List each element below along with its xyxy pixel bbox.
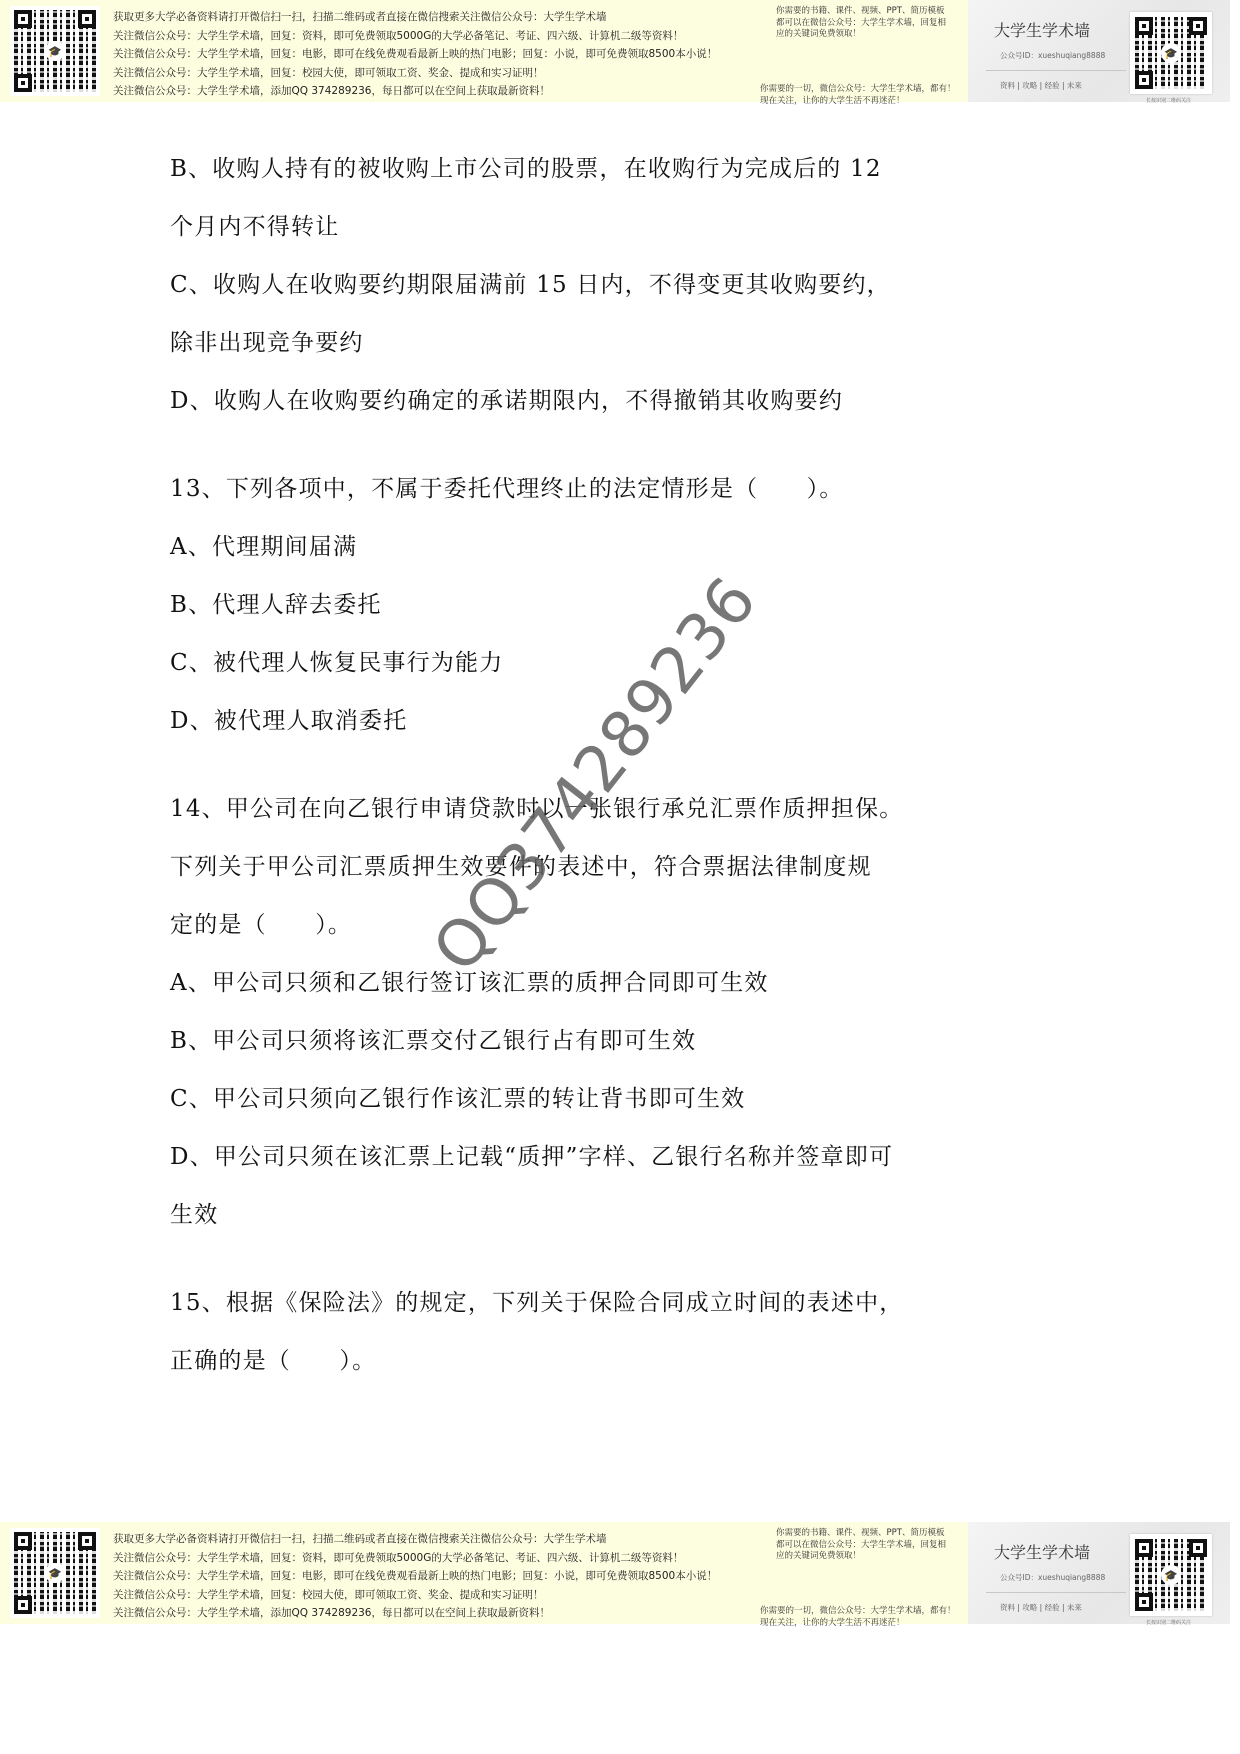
- account-qr-code: 🎓: [1130, 1534, 1212, 1616]
- side-note-line: 应的关键词免费领取！: [776, 29, 946, 41]
- option-c-continuation: 除非出现竞争要约: [170, 324, 364, 357]
- promo-line: 关注微信公众号：大学生学术墙，回复：校园大使，即可领取工资、奖金、提成和实习证明…: [113, 1586, 717, 1605]
- promo-line: 获取更多大学必备资料请打开微信扫一扫，扫描二维码或者直接在微信搜索关注微信公众号…: [113, 1530, 717, 1549]
- promo-banner-bottom: 🎓 获取更多大学必备资料请打开微信扫一扫，扫描二维码或者直接在微信搜索关注微信公…: [0, 1522, 1230, 1624]
- q14-option-d-continuation: 生效: [170, 1196, 218, 1229]
- qr-caption: 长按识别二维码关注: [1146, 97, 1191, 104]
- side-note-upper: 你需要的书籍、课件、视频、PPT、简历模板 都可以在微信公众号：大学生学术墙，回…: [776, 1528, 946, 1563]
- q14-option-d: D、甲公司只须在该汇票上记载“质押”字样、乙银行名称并签章即可: [170, 1138, 893, 1171]
- promo-line: 关注微信公众号：大学生学术墙，添加QQ 374289236，每日都可以在空间上获…: [113, 82, 717, 101]
- promo-line: 关注微信公众号：大学生学术墙，回复：电影，即可在线免费观看最新上映的热门电影；回…: [113, 1567, 717, 1586]
- option-b-continuation: 个月内不得转让: [170, 208, 339, 241]
- promo-line: 获取更多大学必备资料请打开微信扫一扫，扫描二维码或者直接在微信搜索关注微信公众号…: [113, 8, 717, 27]
- question-14-continuation: 下列关于甲公司汇票质押生效要件的表述中，符合票据法律制度规: [170, 848, 872, 881]
- question-15-continuation: 正确的是（ ）。: [170, 1342, 376, 1375]
- promo-text: 获取更多大学必备资料请打开微信扫一扫，扫描二维码或者直接在微信搜索关注微信公众号…: [113, 1530, 717, 1623]
- promo-line: 关注微信公众号：大学生学术墙，回复：校园大使，即可领取工资、奖金、提成和实习证明…: [113, 64, 717, 83]
- question-14: 14、甲公司在向乙银行申请贷款时以一张银行承兑汇票作质押担保。: [170, 790, 903, 823]
- qr-caption: 长按识别二维码关注: [1146, 1619, 1191, 1626]
- divider: [986, 70, 1126, 71]
- promo-line: 关注微信公众号：大学生学术墙，回复：资料，即可免费领取5000G的大学必备笔记、…: [113, 1549, 717, 1568]
- q13-option-a: A、代理期间届满: [170, 528, 357, 561]
- side-note-lower: 你需要的一切，微信公众号：大学生学术墙，都有！ 现在关注，让你的大学生活不再迷茫…: [760, 1606, 956, 1629]
- account-tags: 资料 | 攻略 | 经验 | 未来: [1000, 80, 1082, 91]
- divider: [986, 1592, 1126, 1593]
- option-c-line: C、收购人在收购要约期限届满前 15 日内，不得变更其收购要约，: [170, 266, 891, 299]
- q14-option-c: C、甲公司只须向乙银行作该汇票的转让背书即可生效: [170, 1080, 745, 1113]
- side-note-line: 你需要的书籍、课件、视频、PPT、简历模板: [776, 6, 946, 18]
- q14-option-a: A、甲公司只须和乙银行签订该汇票的质押合同即可生效: [170, 964, 769, 997]
- promo-line: 关注微信公众号：大学生学术墙，回复：资料，即可免费领取5000G的大学必备笔记、…: [113, 27, 717, 46]
- option-b-line: B、收购人持有的被收购上市公司的股票，在收购行为完成后的 12: [170, 150, 882, 183]
- qr-code: 🎓: [10, 6, 100, 96]
- promo-banner-top: 🎓 获取更多大学必备资料请打开微信扫一扫，扫描二维码或者直接在微信搜索关注微信公…: [0, 0, 1230, 102]
- account-card: 大学生学术墙 公众号ID：xueshuqiang8888 资料 | 攻略 | 经…: [968, 0, 1230, 102]
- side-note-upper: 你需要的书籍、课件、视频、PPT、简历模板 都可以在微信公众号：大学生学术墙，回…: [776, 6, 946, 41]
- side-note-line: 你需要的一切，微信公众号：大学生学术墙，都有！: [760, 84, 956, 96]
- watermark: QQ374289236: [419, 578, 761, 986]
- account-id: 公众号ID：xueshuqiang8888: [1000, 50, 1105, 61]
- account-title: 大学生学术墙: [994, 1540, 1090, 1563]
- account-tags: 资料 | 攻略 | 经验 | 未来: [1000, 1602, 1082, 1613]
- account-card: 大学生学术墙 公众号ID：xueshuqiang8888 资料 | 攻略 | 经…: [968, 1522, 1230, 1624]
- q13-option-d: D、被代理人取消委托: [170, 702, 407, 735]
- q13-option-b: B、代理人辞去委托: [170, 586, 382, 619]
- graduation-cap-icon: 🎓: [45, 1563, 65, 1583]
- q14-option-b: B、甲公司只须将该汇票交付乙银行占有即可生效: [170, 1022, 696, 1055]
- side-note-line: 你需要的一切，微信公众号：大学生学术墙，都有！: [760, 1606, 956, 1618]
- side-note-line: 现在关注，让你的大学生活不再迷茫！: [760, 96, 956, 108]
- question-13: 13、下列各项中，不属于委托代理终止的法定情形是（ ）。: [170, 470, 844, 503]
- side-note-line: 应的关键词免费领取！: [776, 1551, 946, 1563]
- side-note-line: 都可以在微信公众号：大学生学术墙，回复相: [776, 18, 946, 30]
- question-14-continuation: 定的是（ ）。: [170, 906, 352, 939]
- account-id: 公众号ID：xueshuqiang8888: [1000, 1572, 1105, 1583]
- graduation-cap-icon: 🎓: [1161, 1565, 1181, 1585]
- side-note-line: 你需要的书籍、课件、视频、PPT、简历模板: [776, 1528, 946, 1540]
- graduation-cap-icon: 🎓: [1161, 43, 1181, 63]
- qr-code: 🎓: [10, 1528, 100, 1618]
- option-d-line: D、收购人在收购要约确定的承诺期限内，不得撤销其收购要约: [170, 382, 843, 415]
- promo-line: 关注微信公众号：大学生学术墙，添加QQ 374289236，每日都可以在空间上获…: [113, 1604, 717, 1623]
- graduation-cap-icon: 🎓: [45, 41, 65, 61]
- side-note-line: 都可以在微信公众号：大学生学术墙，回复相: [776, 1540, 946, 1552]
- account-title: 大学生学术墙: [994, 18, 1090, 41]
- account-qr-code: 🎓: [1130, 12, 1212, 94]
- promo-text: 获取更多大学必备资料请打开微信扫一扫，扫描二维码或者直接在微信搜索关注微信公众号…: [113, 8, 717, 101]
- side-note-lower: 你需要的一切，微信公众号：大学生学术墙，都有！ 现在关注，让你的大学生活不再迷茫…: [760, 84, 956, 107]
- promo-line: 关注微信公众号：大学生学术墙，回复：电影，即可在线免费观看最新上映的热门电影；回…: [113, 45, 717, 64]
- question-15: 15、根据《保险法》的规定，下列关于保险合同成立时间的表述中，: [170, 1284, 903, 1317]
- side-note-line: 现在关注，让你的大学生活不再迷茫！: [760, 1618, 956, 1630]
- q13-option-c: C、被代理人恢复民事行为能力: [170, 644, 503, 677]
